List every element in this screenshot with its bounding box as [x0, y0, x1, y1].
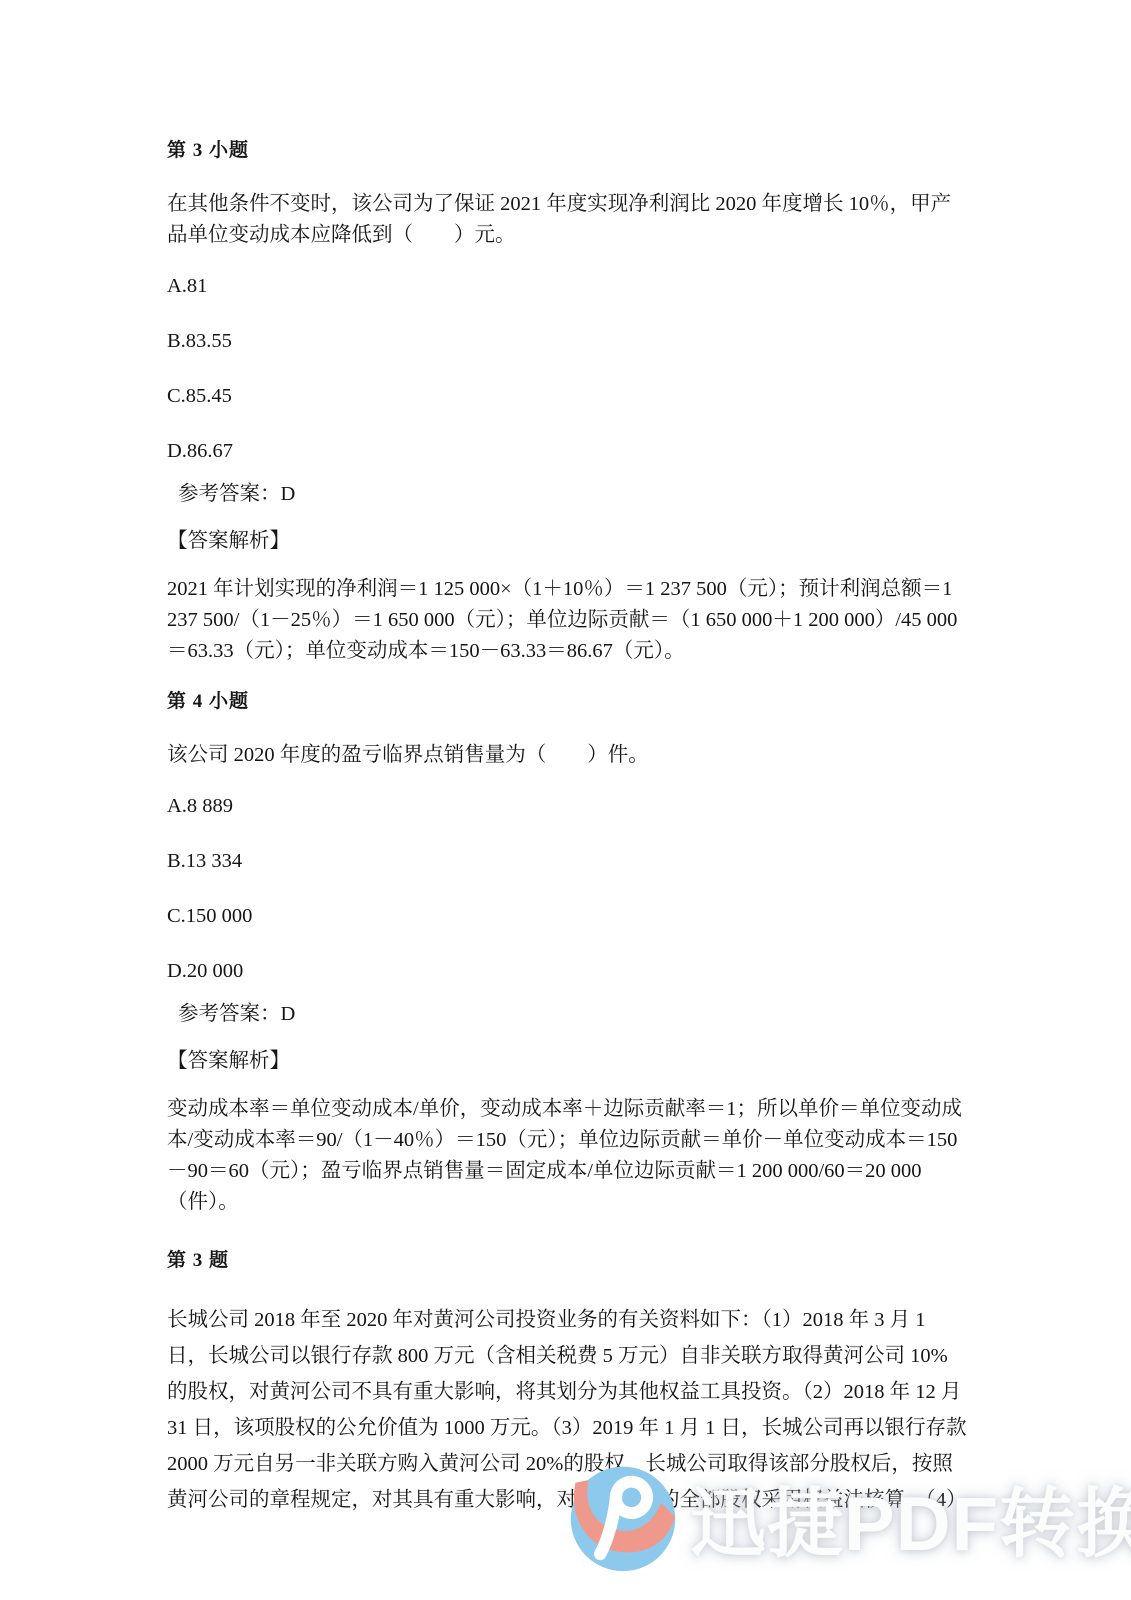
option-c: C.150 000 — [167, 901, 967, 932]
question-text: 该公司 2020 年度的盈亏临界点销售量为（ ）件。 — [167, 740, 967, 771]
option-b: B.83.55 — [167, 326, 967, 357]
case-question-text: 长城公司 2018 年至 2020 年对黄河公司投资业务的有关资料如下：（1）2… — [167, 1302, 967, 1518]
reference-answer: 参考答案：D — [167, 479, 967, 510]
question-heading: 第 3 小题 — [167, 138, 967, 163]
analysis-label: 【答案解析】 — [167, 1046, 967, 1077]
question-heading: 第 4 小题 — [167, 689, 967, 714]
option-a: A.8 889 — [167, 791, 967, 822]
option-c: C.85.45 — [167, 381, 967, 412]
analysis-text: 2021 年计划实现的净利润＝1 125 000×（1＋10％）＝1 237 5… — [167, 574, 967, 667]
case-question-heading: 第 3 题 — [167, 1248, 967, 1273]
document-page: 第 3 小题 在其他条件不变时，该公司为了保证 2021 年度实现净利润比 20… — [167, 138, 967, 1518]
reference-answer: 参考答案：D — [167, 999, 967, 1030]
option-b: B.13 334 — [167, 846, 967, 877]
option-d: D.20 000 — [167, 956, 967, 987]
analysis-text: 变动成本率＝单位变动成本/单价，变动成本率＋边际贡献率＝1；所以单价＝单位变动成… — [167, 1094, 967, 1218]
question-block-sub4: 第 4 小题 该公司 2020 年度的盈亏临界点销售量为（ ）件。 A.8 88… — [167, 689, 967, 1218]
case-question-block: 第 3 题 长城公司 2018 年至 2020 年对黄河公司投资业务的有关资料如… — [167, 1248, 967, 1518]
question-block-sub3: 第 3 小题 在其他条件不变时，该公司为了保证 2021 年度实现净利润比 20… — [167, 138, 967, 667]
question-text: 在其他条件不变时，该公司为了保证 2021 年度实现净利润比 2020 年度增长… — [167, 189, 967, 251]
option-a: A.81 — [167, 271, 967, 302]
option-d: D.86.67 — [167, 436, 967, 467]
analysis-label: 【答案解析】 — [167, 526, 967, 557]
